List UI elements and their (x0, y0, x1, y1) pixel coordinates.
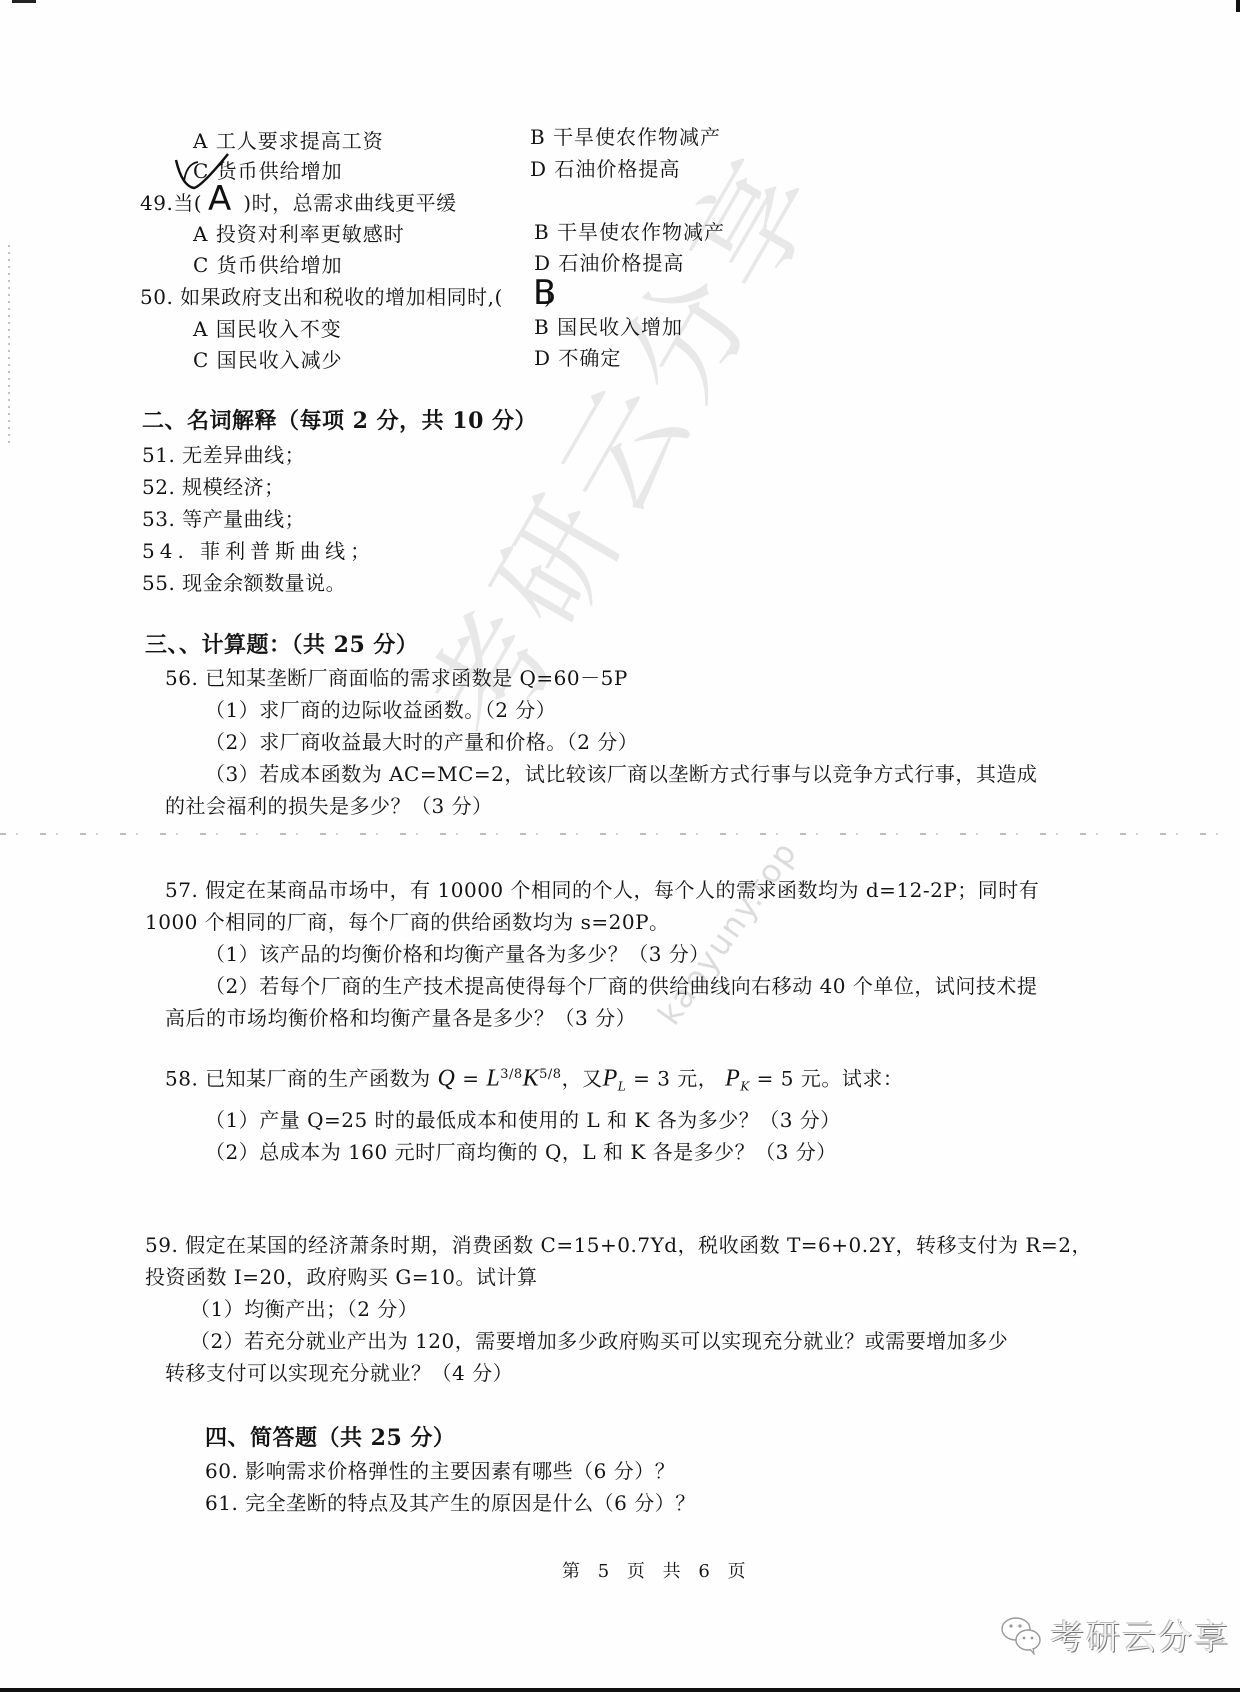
option-a: A 投资对利率更敏感时 (193, 221, 405, 247)
question-56-part: （1）求厂商的边际收益函数。（2 分） (205, 697, 556, 723)
wechat-brand-text: 考研云分享 (1050, 1610, 1230, 1659)
handwritten-answer: A (208, 182, 231, 216)
url-watermark: kaoyuny.top (650, 833, 805, 1031)
list-item: 53. 等产量曲线； (142, 506, 305, 532)
question-49-stem: 49.当( )时，总需求曲线更平缓 (140, 190, 457, 216)
question-59-part: 转移支付可以实现充分就业？（4 分） (165, 1360, 513, 1386)
question-57-part: 高后的市场均衡价格和均衡产量各是多少？（3 分） (165, 1005, 636, 1031)
option-b: B 干旱使农作物减产 (534, 219, 725, 245)
question-59-stem: 59. 假定在某国的经济萧条时期，消费函数 C=15+0.7Yd，税收函数 T=… (145, 1232, 1092, 1258)
exam-page: 考研云分享 kaoyuny.top A 工人要求提高工资 B 干旱使农作物减产 … (0, 0, 1240, 1692)
page-number: 第 5 页 共 6 页 (562, 1557, 752, 1583)
option-b: B 干旱使农作物减产 (530, 124, 721, 150)
wechat-icon (1000, 1615, 1044, 1655)
wechat-watermark: 考研云分享 (1000, 1610, 1230, 1659)
option-c: C 货币供给增加 (193, 252, 343, 278)
scan-artifact-dashed-line (0, 833, 1240, 835)
question-58-part: （1）产量 Q=25 时的最低成本和使用的 L 和 K 各为多少？（3 分） (205, 1107, 841, 1133)
section-heading: 四、简答题（共 25 分） (205, 1425, 455, 1451)
list-item: 52. 规模经济； (142, 474, 285, 500)
list-item: 61. 完全垄断的特点及其产生的原因是什么（6 分）？ (205, 1490, 696, 1516)
list-item: 60. 影响需求价格弹性的主要因素有哪些（6 分）？ (205, 1458, 675, 1484)
question-59-part: （1）均衡产出；（2 分） (190, 1296, 418, 1322)
option-d: D 石油价格提高 (534, 250, 684, 276)
handwritten-answer: B (533, 276, 556, 310)
question-56-part: 的社会福利的损失是多少？（3 分） (165, 793, 493, 819)
option-c: C 国民收入减少 (193, 347, 343, 373)
option-b: B 国民收入增加 (534, 314, 683, 340)
list-item: 54. 菲利普斯曲线； (142, 538, 375, 564)
option-a: A 国民收入不变 (193, 316, 342, 342)
section-heading: 三、、计算题：（共 25 分） (145, 632, 418, 658)
question-56-part: （3）若成本函数为 AC=MC=2，试比较该厂商以垄断方式行事与以竞争方式行事，… (205, 761, 1037, 787)
scan-artifact-bottom-edge (0, 1688, 1240, 1692)
list-item: 51. 无差异曲线； (142, 442, 305, 468)
list-item: 55. 现金余额数量说。 (142, 570, 346, 596)
question-57-part: （2）若每个厂商的生产技术提高使得每个厂商的供给曲线向右移动 40 个单位，试问… (205, 973, 1037, 999)
question-57-part: （1）该产品的均衡价格和均衡产量各为多少？（3 分） (205, 941, 710, 967)
question-59-stem: 投资函数 I=20，政府购买 G=10。试计算 (145, 1264, 538, 1290)
question-57-stem: 1000 个相同的厂商，每个厂商的供给函数均为 s=20P。 (145, 909, 670, 935)
option-d: D 不确定 (534, 345, 621, 371)
question-59-part: （2）若充分就业产出为 120，需要增加多少政府购买可以实现充分就业？或需要增加… (190, 1328, 1008, 1354)
scan-artifact-left-edge (8, 245, 10, 445)
question-57-stem: 57. 假定在某商品市场中，有 10000 个相同的个人，每个人的需求函数均为 … (165, 877, 1039, 903)
question-56-part: （2）求厂商收益最大时的产量和价格。（2 分） (205, 729, 638, 755)
question-58-part: （2）总成本为 160 元时厂商均衡的 Q，L 和 K 各是多少？（3 分） (205, 1139, 837, 1165)
option-a: A 工人要求提高工资 (193, 128, 384, 154)
scan-artifact-top-left (12, 0, 36, 3)
question-56-stem: 56. 已知某垄断厂商面临的需求函数是 Q=60－5P (165, 665, 628, 691)
scan-artifact-top-right (1236, 0, 1240, 12)
section-heading: 二、名词解释（每项 2 分，共 10 分） (142, 408, 537, 434)
question-50-stem: 50. 如果政府支出和税收的增加相同时,( ) (140, 284, 552, 310)
question-58-stem: 58. 已知某厂商的生产函数为 Q = L3/8K5/8，又PL = 3 元， … (165, 1062, 903, 1100)
option-d: D 石油价格提高 (530, 156, 680, 182)
